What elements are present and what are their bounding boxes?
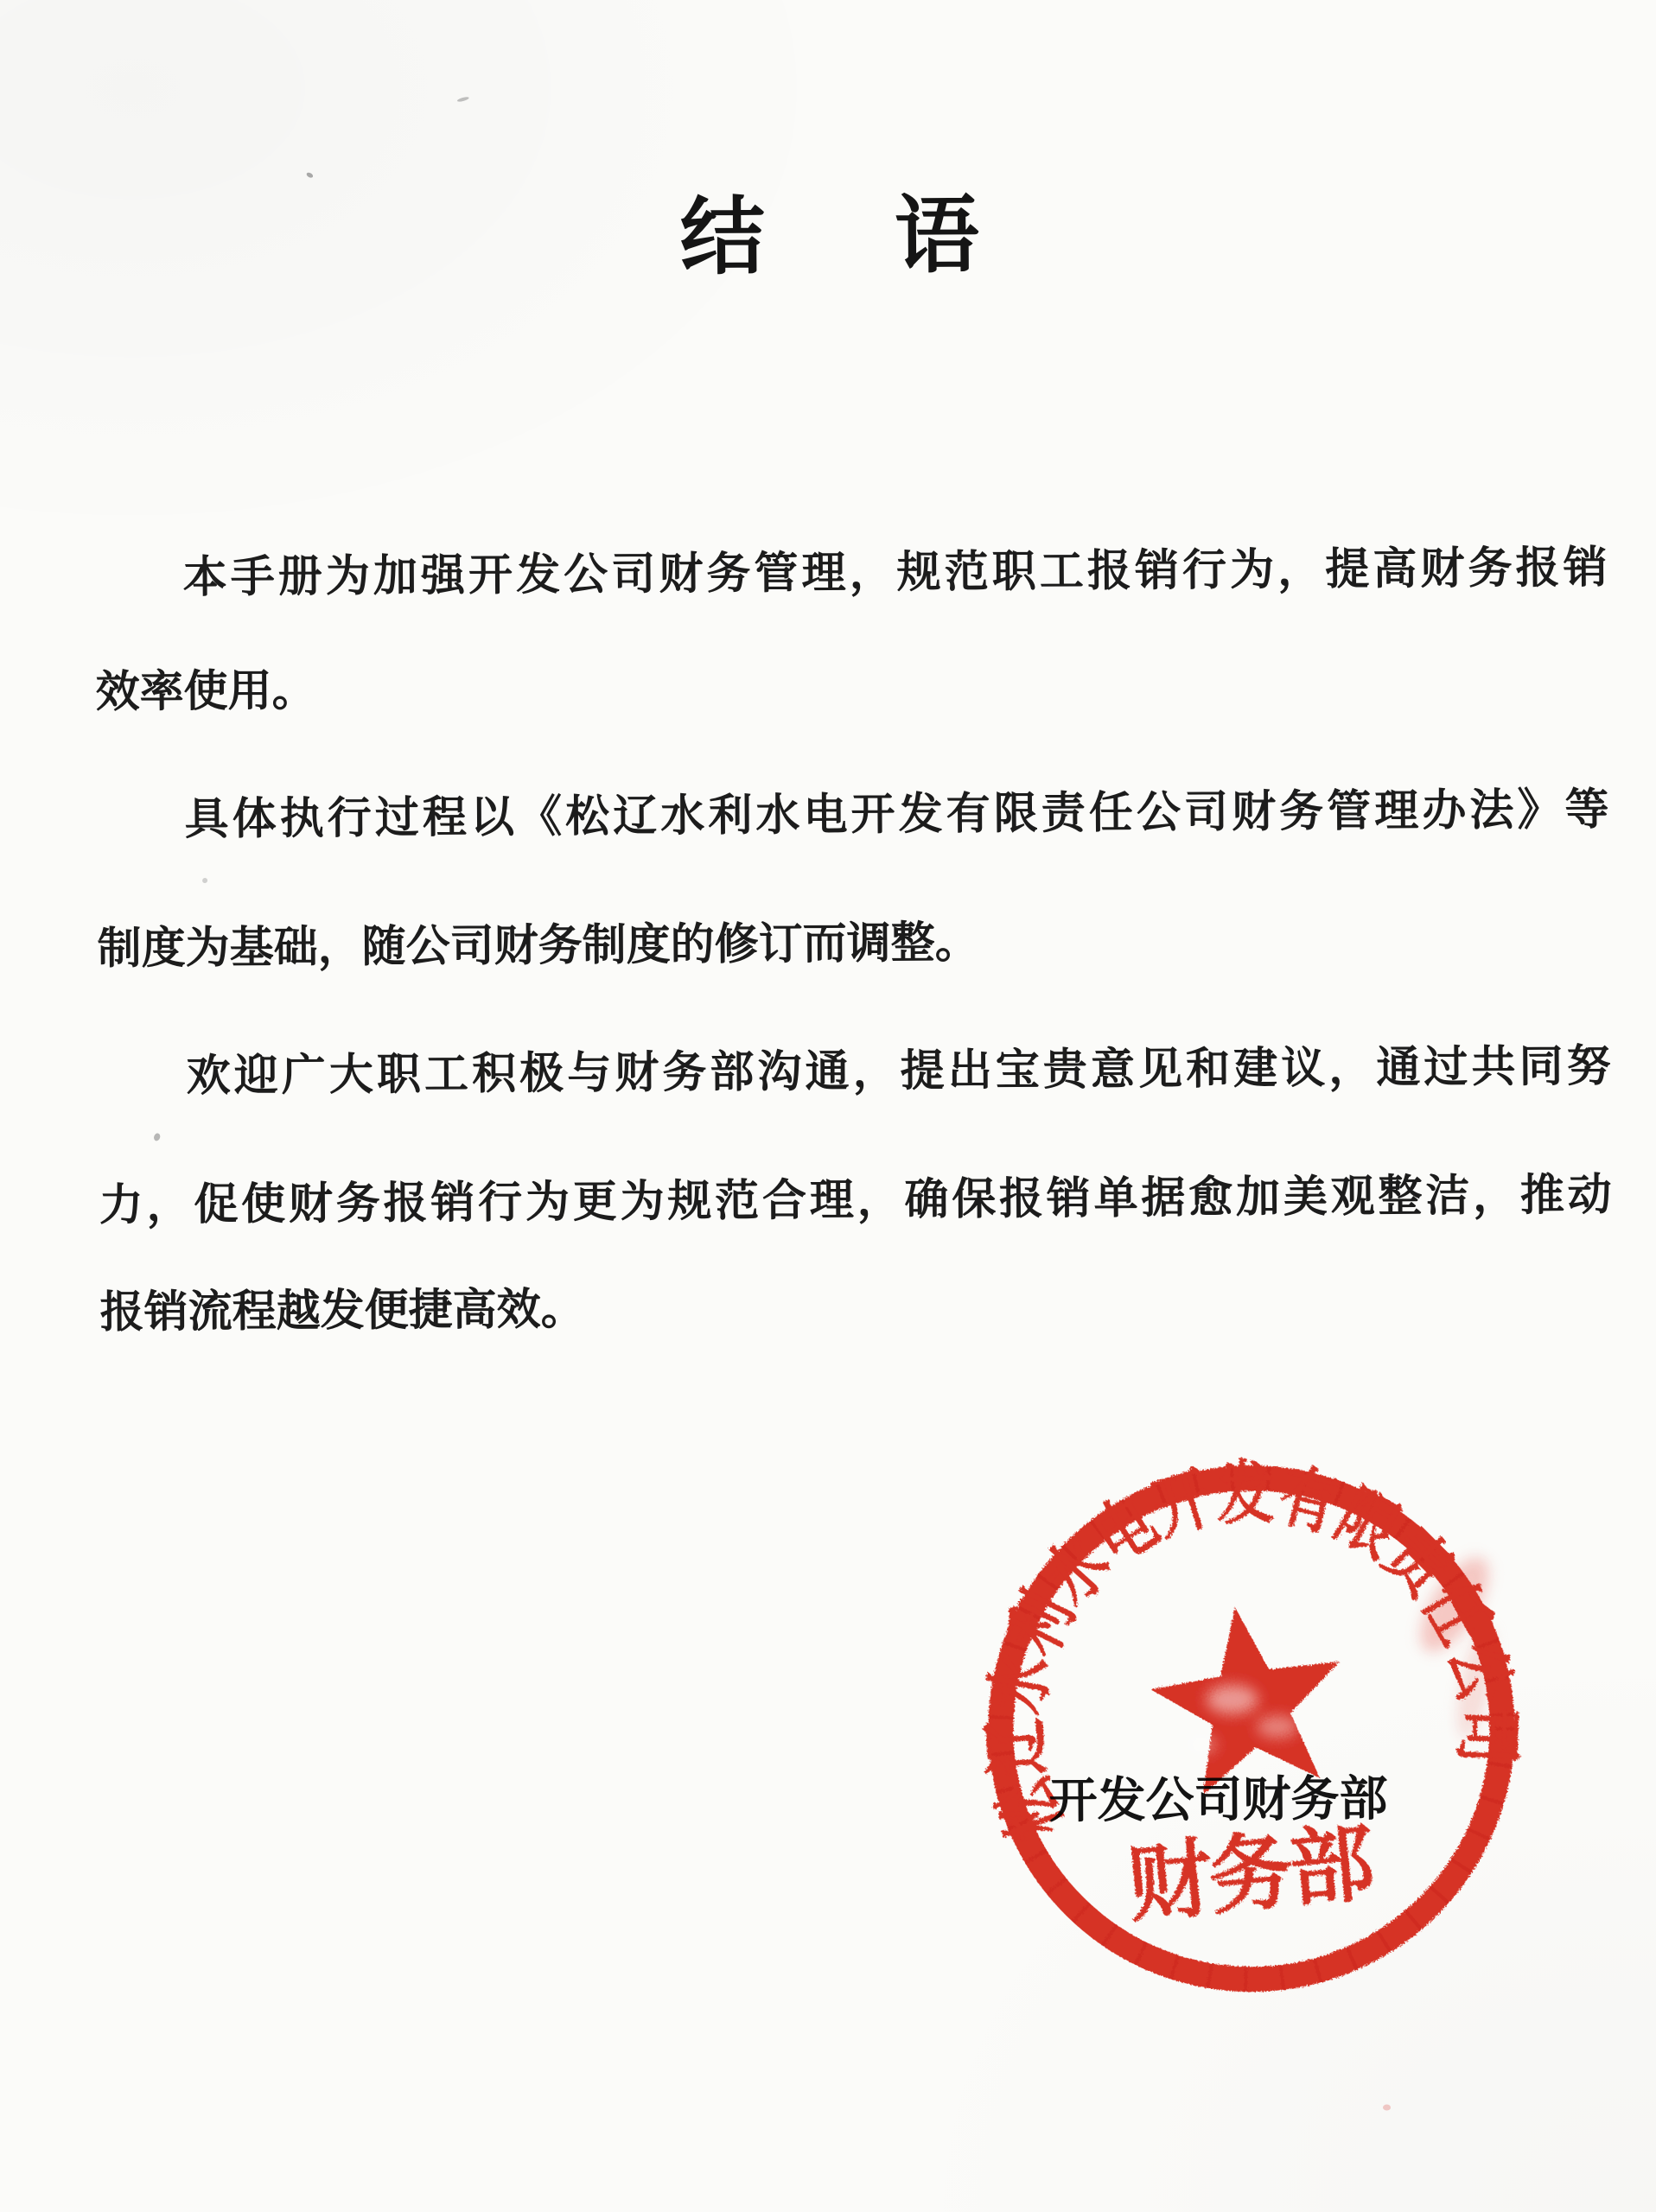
scan-speck (202, 878, 207, 883)
scan-content: 结 语 本手册为加强开发公司财务管理，规范职工报销行为，提高财务报销 效率使用。… (0, 0, 1656, 2212)
seal-ring-grain (999, 1477, 1504, 1981)
paragraph-line: 力，促使财务报销行为更为规范合理，确保报销单据愈加美观整洁，推动 (99, 1169, 1612, 1235)
seal-ring (999, 1477, 1504, 1981)
scan-speck (1383, 2105, 1391, 2111)
page-title: 结 语 (2, 188, 1656, 288)
paragraph-line: 欢迎广大职工积极与财务部沟通，提出宝贵意见和建议，通过共同努 (98, 1040, 1610, 1106)
seal-department-text: 财务部 (1124, 1817, 1379, 1933)
seal-ink-smudge (1407, 1547, 1503, 1741)
paragraph-line: 效率使用。 (95, 656, 1608, 721)
paragraph-line: 制度为基础，随公司财务制度的修订而调整。 (97, 912, 1609, 978)
paragraph-line: 具体执行过程以《松辽水利水电开发有限责任公司财务管理办法》等 (96, 784, 1608, 849)
paragraph-line: 报销流程越发便捷高效。 (99, 1276, 1612, 1342)
scan-speck (306, 172, 314, 179)
scan-speck (457, 96, 470, 103)
signature-department-text: 开发公司财务部 (1048, 1761, 1388, 1833)
scanned-page: 结 语 本手册为加强开发公司财务管理，规范职工报销行为，提高财务报销 效率使用。… (0, 0, 1656, 2212)
paragraph-line: 本手册为加强开发公司财务管理，规范职工报销行为，提高财务报销 (94, 542, 1607, 607)
seal-ink-voids (1186, 1684, 1299, 1754)
scan-speck (153, 1133, 162, 1142)
company-seal: 松辽水利水电开发有限责任公司 财务部 (973, 1450, 1530, 2006)
